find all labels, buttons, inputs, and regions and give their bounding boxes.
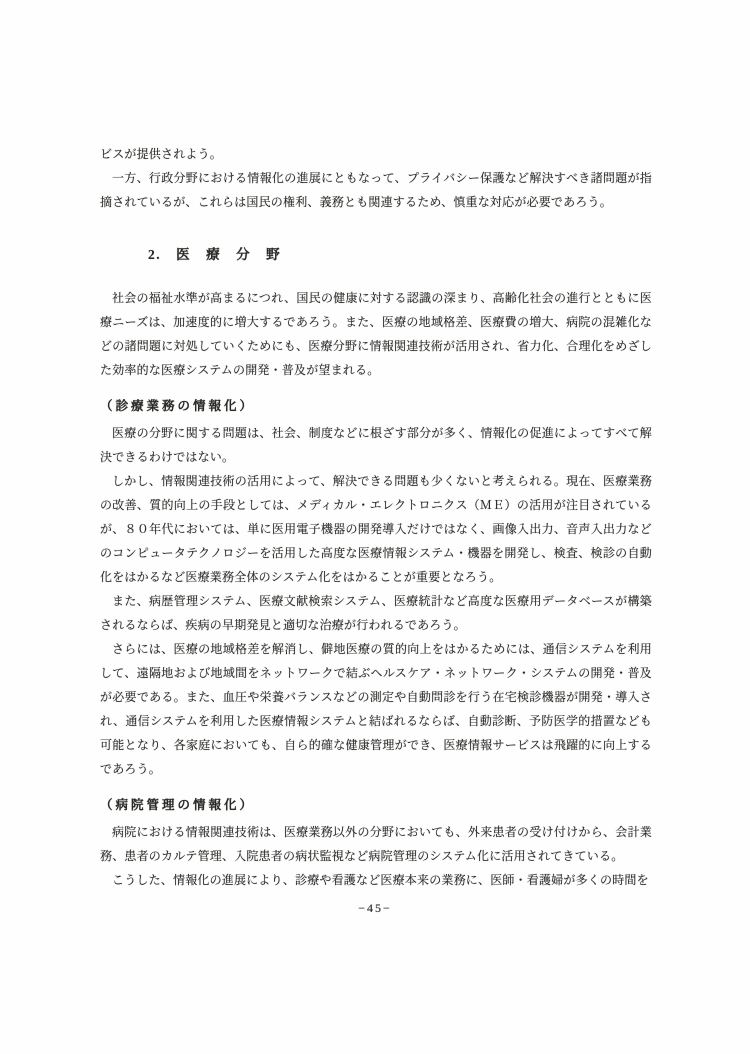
body-paragraph: 医療の分野に関する問題は、社会、制度などに根ざす部分が多く、情報化の促進によって…: [100, 421, 652, 469]
sub-heading: （病院管理の情報化）: [100, 793, 652, 818]
page-number: −45−: [0, 901, 750, 916]
body-paragraph: さらには、医療の地域格差を解消し、僻地医療の質的向上をはかるためには、通信システ…: [100, 637, 652, 781]
sub-heading: （診療業務の情報化）: [100, 394, 652, 419]
body-paragraph: 社会の福祉水準が高まるにつれ、国民の健康に対する認識の深まり、高齢化社会の進行と…: [100, 286, 652, 382]
section-heading: 2. 医 療 分 野: [100, 242, 652, 268]
body-paragraph: しかし、情報関連技術の活用によって、解決できる問題も少くないと考えられる。現在、…: [100, 469, 652, 589]
body-paragraph: 病院における情報関連技術は、医療業務以外の分野においても、外来患者の受け付けから…: [100, 820, 652, 868]
scanned-document-page: ビスが提供されよう。一方、行政分野における情報化の進展にともなって、プライバシー…: [0, 0, 750, 1054]
document-body: ビスが提供されよう。一方、行政分野における情報化の進展にともなって、プライバシー…: [100, 142, 652, 892]
continuation: ビスが提供されよう。: [100, 142, 652, 166]
body-paragraph: 一方、行政分野における情報化の進展にともなって、プライバシー保護など解決すべき諸…: [100, 166, 652, 214]
body-paragraph: こうした、情報化の進展により、診療や看護など医療本来の業務に、医師・看護婦が多く…: [100, 868, 652, 892]
body-paragraph: また、病歴管理システム、医療文献検索システム、医療統計など高度な医療用データベー…: [100, 589, 652, 637]
